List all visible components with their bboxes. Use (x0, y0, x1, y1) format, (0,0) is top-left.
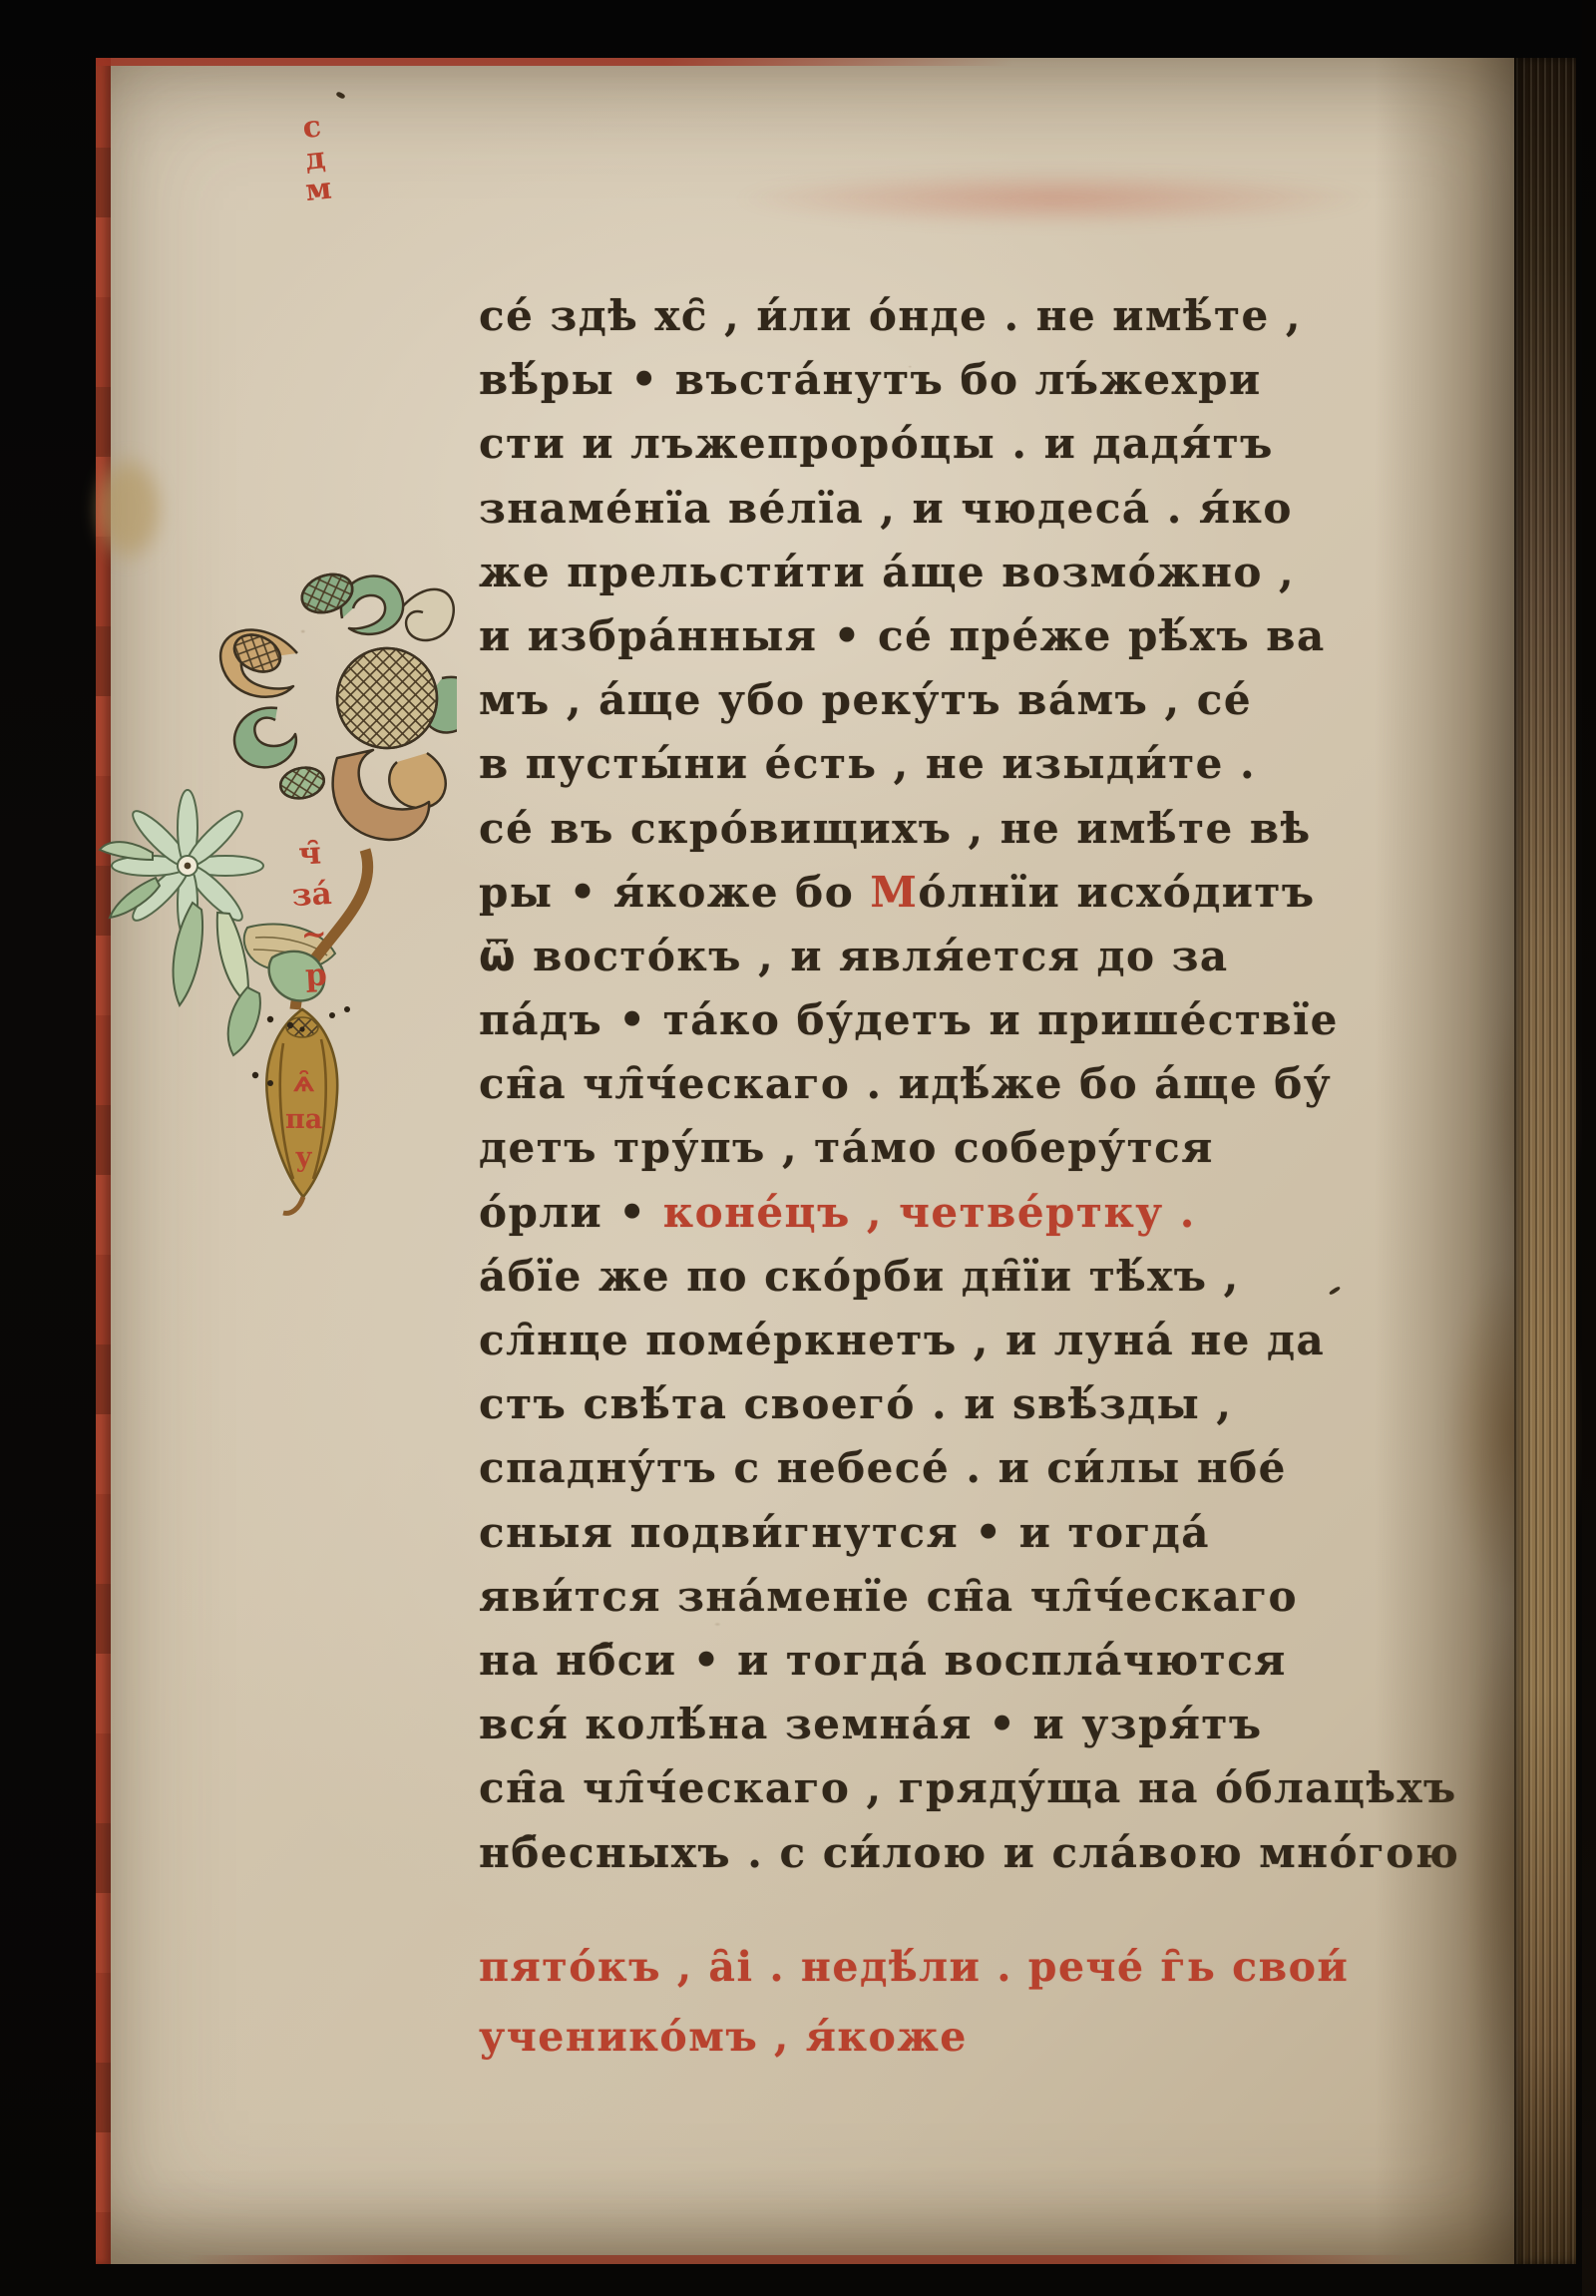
red-fore-edge-bottom (186, 2255, 1422, 2264)
stain-left-edge (90, 450, 168, 568)
marginal-letter: ѧ̑ (285, 1069, 322, 1097)
marginal-letter: с (297, 111, 326, 145)
manuscript-line: сти и лъжепроро́цы . и дадя́тъ (479, 412, 1459, 476)
pendant-letters: ѧ̑пау (285, 1069, 322, 1181)
text-run: вѣ́ры • въста́нутъ бо лъ́жехри (479, 355, 1262, 404)
manuscript-line: ѿ восто́къ , и явля́ется до за (479, 925, 1459, 988)
red-ink-run: пято́къ , а̑і . недѣ́ли . рече́ г̑ь свои… (479, 1943, 1349, 1991)
text-block: се́ здѣ хс̑ , и́ли о́нде . не имѣ́те ,вѣ… (479, 284, 1459, 1885)
red-offset-smudge (734, 170, 1373, 227)
manuscript-line: спадну́тъ с небесе́ . и си́лы нбе́ (479, 1436, 1459, 1500)
zachalo-pericope-mark: ч̑за́~р (289, 837, 337, 1000)
text-run: же прельсти́ти а́ще возмо́жно , (479, 548, 1295, 596)
text-run: детъ тру́пъ , та́мо соберу́тся (479, 1123, 1214, 1172)
manuscript-line: вѣ́ры • въста́нутъ бо лъ́жехри (479, 348, 1459, 412)
floral-marginal-ornament (98, 559, 457, 1217)
marginal-letter: ч̑ (289, 837, 331, 872)
text-run: нб̑есныхъ . с си́лою и сла́вою мно́гою (479, 1828, 1459, 1877)
text-run: вся́ колѣ́на земна́я • и узря́тъ (479, 1700, 1263, 1748)
manuscript-line: сныя подви́гнутся • и тогда́ (479, 1501, 1459, 1565)
manuscript-line: детъ тру́пъ , та́мо соберу́тся (479, 1116, 1459, 1180)
manuscript-photo: сдм ч̑за́~р ѧ̑пау се́ здѣ хс̑ , и́ли о́н… (0, 0, 1596, 2296)
top-margin-gloss: сдм (297, 111, 333, 207)
text-run: яви́тся зна́менїе сн̑а чл̑ч́ескаго (479, 1572, 1298, 1621)
stacked-page-edges (1514, 58, 1576, 2264)
marginal-letter: м (304, 174, 333, 207)
red-ink-run: ученико́мъ , я́коже (479, 2013, 968, 2061)
text-run: сл̑нце поме́ркнетъ , и луна́ не да (479, 1316, 1325, 1364)
text-run: ры • я́коже бо (479, 868, 870, 917)
manuscript-line: же прельсти́ти а́ще возмо́жно , (479, 541, 1459, 604)
text-run: па́дъ • та́ко бу́детъ и прише́ствїе (479, 995, 1339, 1044)
red-fore-edge-top (96, 58, 1013, 66)
text-run: сти и лъжепроро́цы . и дадя́тъ (479, 419, 1274, 468)
manuscript-line: о́рли • коне́цъ , четве́ртку . (479, 1181, 1459, 1245)
text-run: ѿ восто́къ , и явля́ется до за (479, 932, 1229, 980)
text-run: сныя подви́гнутся • и тогда́ (479, 1508, 1210, 1557)
manuscript-line: ры • я́коже бо Мо́лнїи исхо́дитъ (479, 861, 1459, 925)
manuscript-line: в пусты́ни е́сть , не изыди́те . (479, 732, 1459, 796)
text-run: о́рли • (479, 1188, 663, 1237)
text-run: на нб̑си • и тогда́ воспла́чются (479, 1636, 1287, 1685)
red-ink-run: коне́цъ , четве́ртку . (663, 1188, 1196, 1237)
manuscript-line: знаме́нїа ве́лїа , и чюдеса́ . я́ко (479, 477, 1459, 541)
manuscript-line: мъ , а́ще убо реку́тъ ва́мъ , се́ (479, 668, 1459, 732)
text-run: мъ , а́ще убо реку́тъ ва́мъ , се́ (479, 675, 1252, 724)
ornament-flower-head (220, 568, 457, 840)
text-run: знаме́нїа ве́лїа , и чюдеса́ . я́ко (479, 484, 1293, 533)
text-run: сн̑а чл̑ч́ескаго , гряду́ща на о́блацѣхъ (479, 1763, 1457, 1812)
manuscript-line: се́ въ скро́вищихъ , не имѣ́те вѣ (479, 797, 1459, 861)
text-run: стъ свѣ́та своего́ . и ѕвѣ́зды , (479, 1379, 1232, 1428)
text-run: се́ въ скро́вищихъ , не имѣ́те вѣ (479, 804, 1312, 853)
gutter-shadow (1375, 58, 1524, 2264)
manuscript-line: на нб̑си • и тогда́ воспла́чются (479, 1629, 1459, 1693)
manuscript-line: се́ здѣ хс̑ , и́ли о́нде . не имѣ́те , (479, 284, 1459, 348)
text-run: се́ здѣ хс̑ , и́ли о́нде . не имѣ́те , (479, 291, 1302, 340)
manuscript-line: сл̑нце поме́ркнетъ , и луна́ не да (479, 1309, 1459, 1372)
red-ink-run: М (870, 868, 918, 917)
text-run: сн̑а чл̑ч́ескаго . идѣ́же бо а́ще бу́ (479, 1059, 1332, 1108)
manuscript-line: ученико́мъ , я́коже (479, 2002, 1349, 2072)
manuscript-line: пято́къ , а̑і . недѣ́ли . рече́ г̑ь свои… (479, 1932, 1349, 2002)
text-run: в пусты́ни е́сть , не изыди́те . (479, 739, 1256, 788)
manuscript-line: яви́тся зна́менїе сн̑а чл̑ч́ескаго (479, 1565, 1459, 1629)
marginal-letter: р (295, 958, 337, 993)
manuscript-line: и избра́нныя • се́ пре́же рѣ́хъ ва (479, 604, 1459, 668)
marginal-letter: у (285, 1144, 322, 1172)
manuscript-line: па́дъ • та́ко бу́детъ и прише́ствїе (479, 988, 1459, 1052)
binding-edge (1582, 0, 1596, 2296)
marginal-letter: ~ (293, 918, 335, 953)
text-run: и избра́нныя • се́ пре́же рѣ́хъ ва (479, 611, 1326, 660)
ink-speck (335, 91, 345, 100)
manuscript-page: сдм ч̑за́~р ѧ̑пау се́ здѣ хс̑ , и́ли о́н… (96, 58, 1576, 2264)
text-run: о́лнїи исхо́дитъ (918, 868, 1315, 917)
manuscript-line: а́бїе же по ско́рби дн̑їи тѣ́хъ , (479, 1245, 1459, 1309)
manuscript-line: вся́ колѣ́на земна́я • и узря́тъ (479, 1693, 1459, 1756)
manuscript-line: сн̑а чл̑ч́ескаго . идѣ́же бо а́ще бу́ (479, 1052, 1459, 1116)
manuscript-line: стъ свѣ́та своего́ . и ѕвѣ́зды , (479, 1372, 1459, 1436)
marginal-letter: за́ (291, 878, 333, 913)
manuscript-line: сн̑а чл̑ч́ескаго , гряду́ща на о́блацѣхъ (479, 1756, 1459, 1820)
rubric-block: пято́къ , а̑і . недѣ́ли . рече́ г̑ь свои… (479, 1932, 1349, 2072)
text-run: спадну́тъ с небесе́ . и си́лы нбе́ (479, 1443, 1287, 1492)
text-run: а́бїе же по ско́рби дн̑їи тѣ́хъ , (479, 1252, 1240, 1301)
manuscript-line: нб̑есныхъ . с си́лою и сла́вою мно́гою (479, 1821, 1459, 1885)
marginal-letter: па (285, 1106, 322, 1134)
